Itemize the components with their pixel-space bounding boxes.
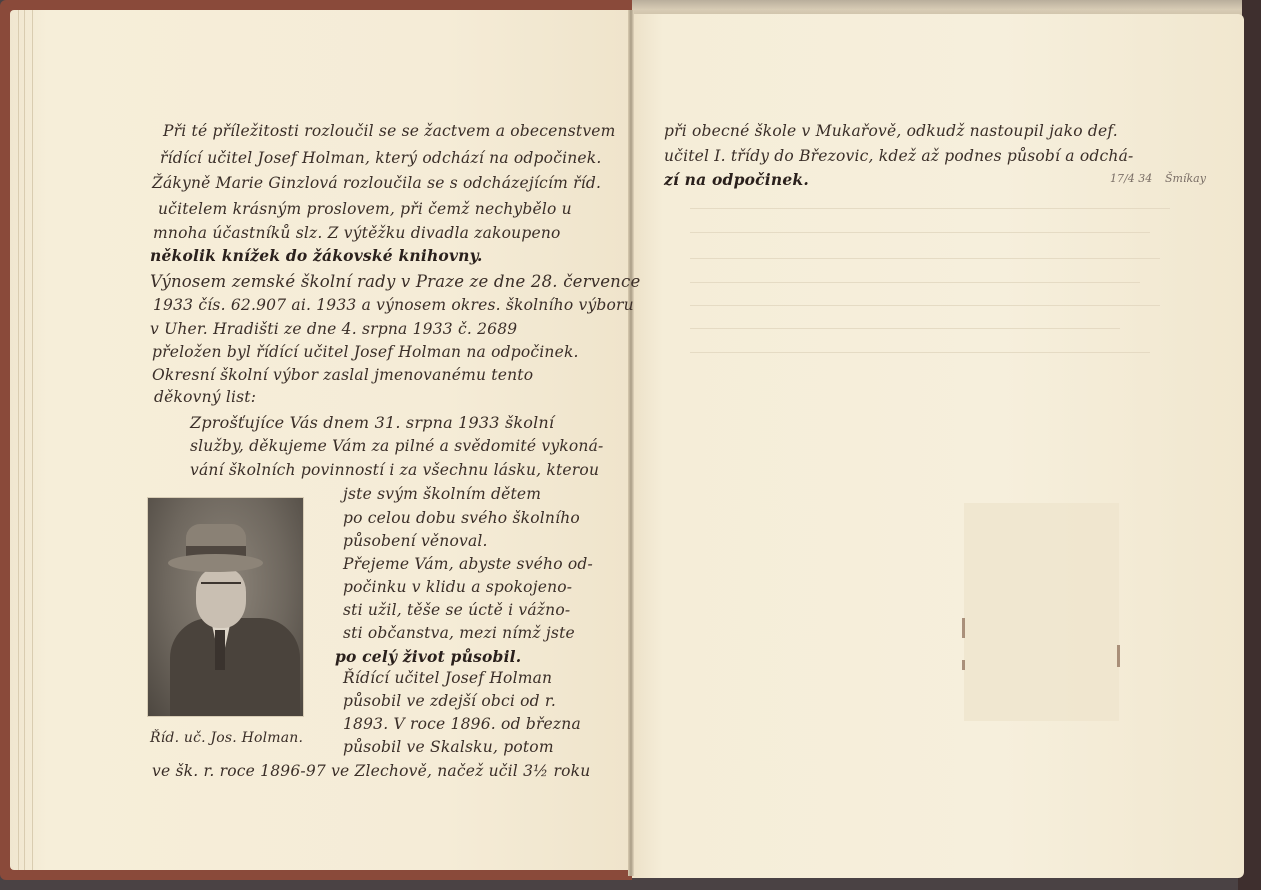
column-line: po celou dobu svého školního	[343, 509, 580, 527]
text-line: zí na odpočinek.	[664, 170, 809, 189]
text-line: děkovný list:	[154, 388, 256, 406]
text-line: učitelem krásným proslovem, při čemž nec…	[158, 200, 572, 218]
bleed-line	[690, 232, 1150, 233]
photo-glasses	[201, 582, 241, 594]
column-line: sti užil, těše se úctě i vážno-	[343, 601, 570, 619]
margin-note-date: 17/4 34	[1110, 172, 1152, 185]
photo-tie	[215, 630, 225, 670]
column-line: působil ve zdejší obci od r.	[343, 692, 556, 710]
column-line: sti občanstva, mezi nímž jste	[343, 624, 575, 642]
text-line: při obecné škole v Mukařově, odkudž nast…	[664, 122, 1118, 140]
bleed-line	[690, 282, 1140, 283]
bleed-line	[690, 258, 1160, 259]
letter-line: Zprošťujíce Vás dnem 31. srpna 1933 škol…	[190, 413, 554, 432]
column-line: působení věnoval.	[343, 532, 488, 550]
photo-caption: Říd. uč. Jos. Holman.	[150, 730, 303, 746]
portrait-photo	[148, 498, 303, 716]
text-line: Okresní školní výbor zaslal jmenovanému …	[152, 366, 533, 384]
letter-line: služby, děkujeme Vám za pilné a svědomit…	[190, 437, 603, 455]
bleed-line	[690, 328, 1120, 329]
photo-face	[196, 568, 246, 628]
column-line: Přejeme Vám, abyste svého od-	[343, 555, 593, 573]
stain-mark	[962, 660, 965, 670]
book-gutter	[628, 10, 634, 876]
letter-line: vání školních povinností i za všechnu lá…	[190, 461, 599, 479]
text-line: Výnosem zemské školní rady v Praze ze dn…	[150, 272, 640, 291]
text-line: Při té příležitosti rozloučil se se žact…	[163, 122, 616, 140]
page-edge-line	[18, 10, 19, 870]
bleed-line	[690, 352, 1150, 353]
page-edge-line	[24, 10, 25, 870]
column-line: po celý život působil.	[335, 647, 521, 666]
column-line: počinku v klidu a spokojeno-	[343, 578, 572, 596]
text-line: učitel I. třídy do Březovic, kdež až pod…	[664, 147, 1133, 165]
text-line: v Uher. Hradišti ze dne 4. srpna 1933 č.…	[150, 320, 517, 338]
right-page	[632, 14, 1244, 878]
bleed-line	[690, 305, 1160, 306]
text-line: přeložen byl řídící učitel Josef Holman …	[152, 343, 579, 361]
margin-note-signature: Šmíkay	[1165, 172, 1206, 185]
photo-suit	[170, 618, 300, 716]
bleed-line	[690, 208, 1170, 209]
text-line: mnoha účastníků slz. Z výtěžku divadla z…	[153, 224, 561, 242]
text-line: 1933 čís. 62.907 ai. 1933 a výnosem okre…	[153, 296, 634, 314]
stain-mark	[1117, 645, 1120, 667]
text-line: Žákyně Marie Ginzlová rozloučila se s od…	[152, 174, 601, 192]
column-line: 1893. V roce 1896. od března	[343, 715, 581, 733]
photo-hat-brim	[168, 554, 263, 572]
stain-mark	[962, 618, 965, 638]
column-line: působil ve Skalsku, potom	[343, 738, 554, 756]
final-line: ve šk. r. roce 1896-97 ve Zlechově, nače…	[152, 762, 590, 780]
column-line: Řídící učitel Josef Holman	[343, 669, 552, 687]
column-line: jste svým školním dětem	[343, 485, 541, 503]
page-edge-line	[32, 10, 33, 870]
text-line: několik knížek do žákovské knihovny.	[150, 246, 483, 265]
photo-offset-ghost	[964, 503, 1119, 721]
text-line: řídící učitel Josef Holman, který odcház…	[160, 149, 602, 167]
